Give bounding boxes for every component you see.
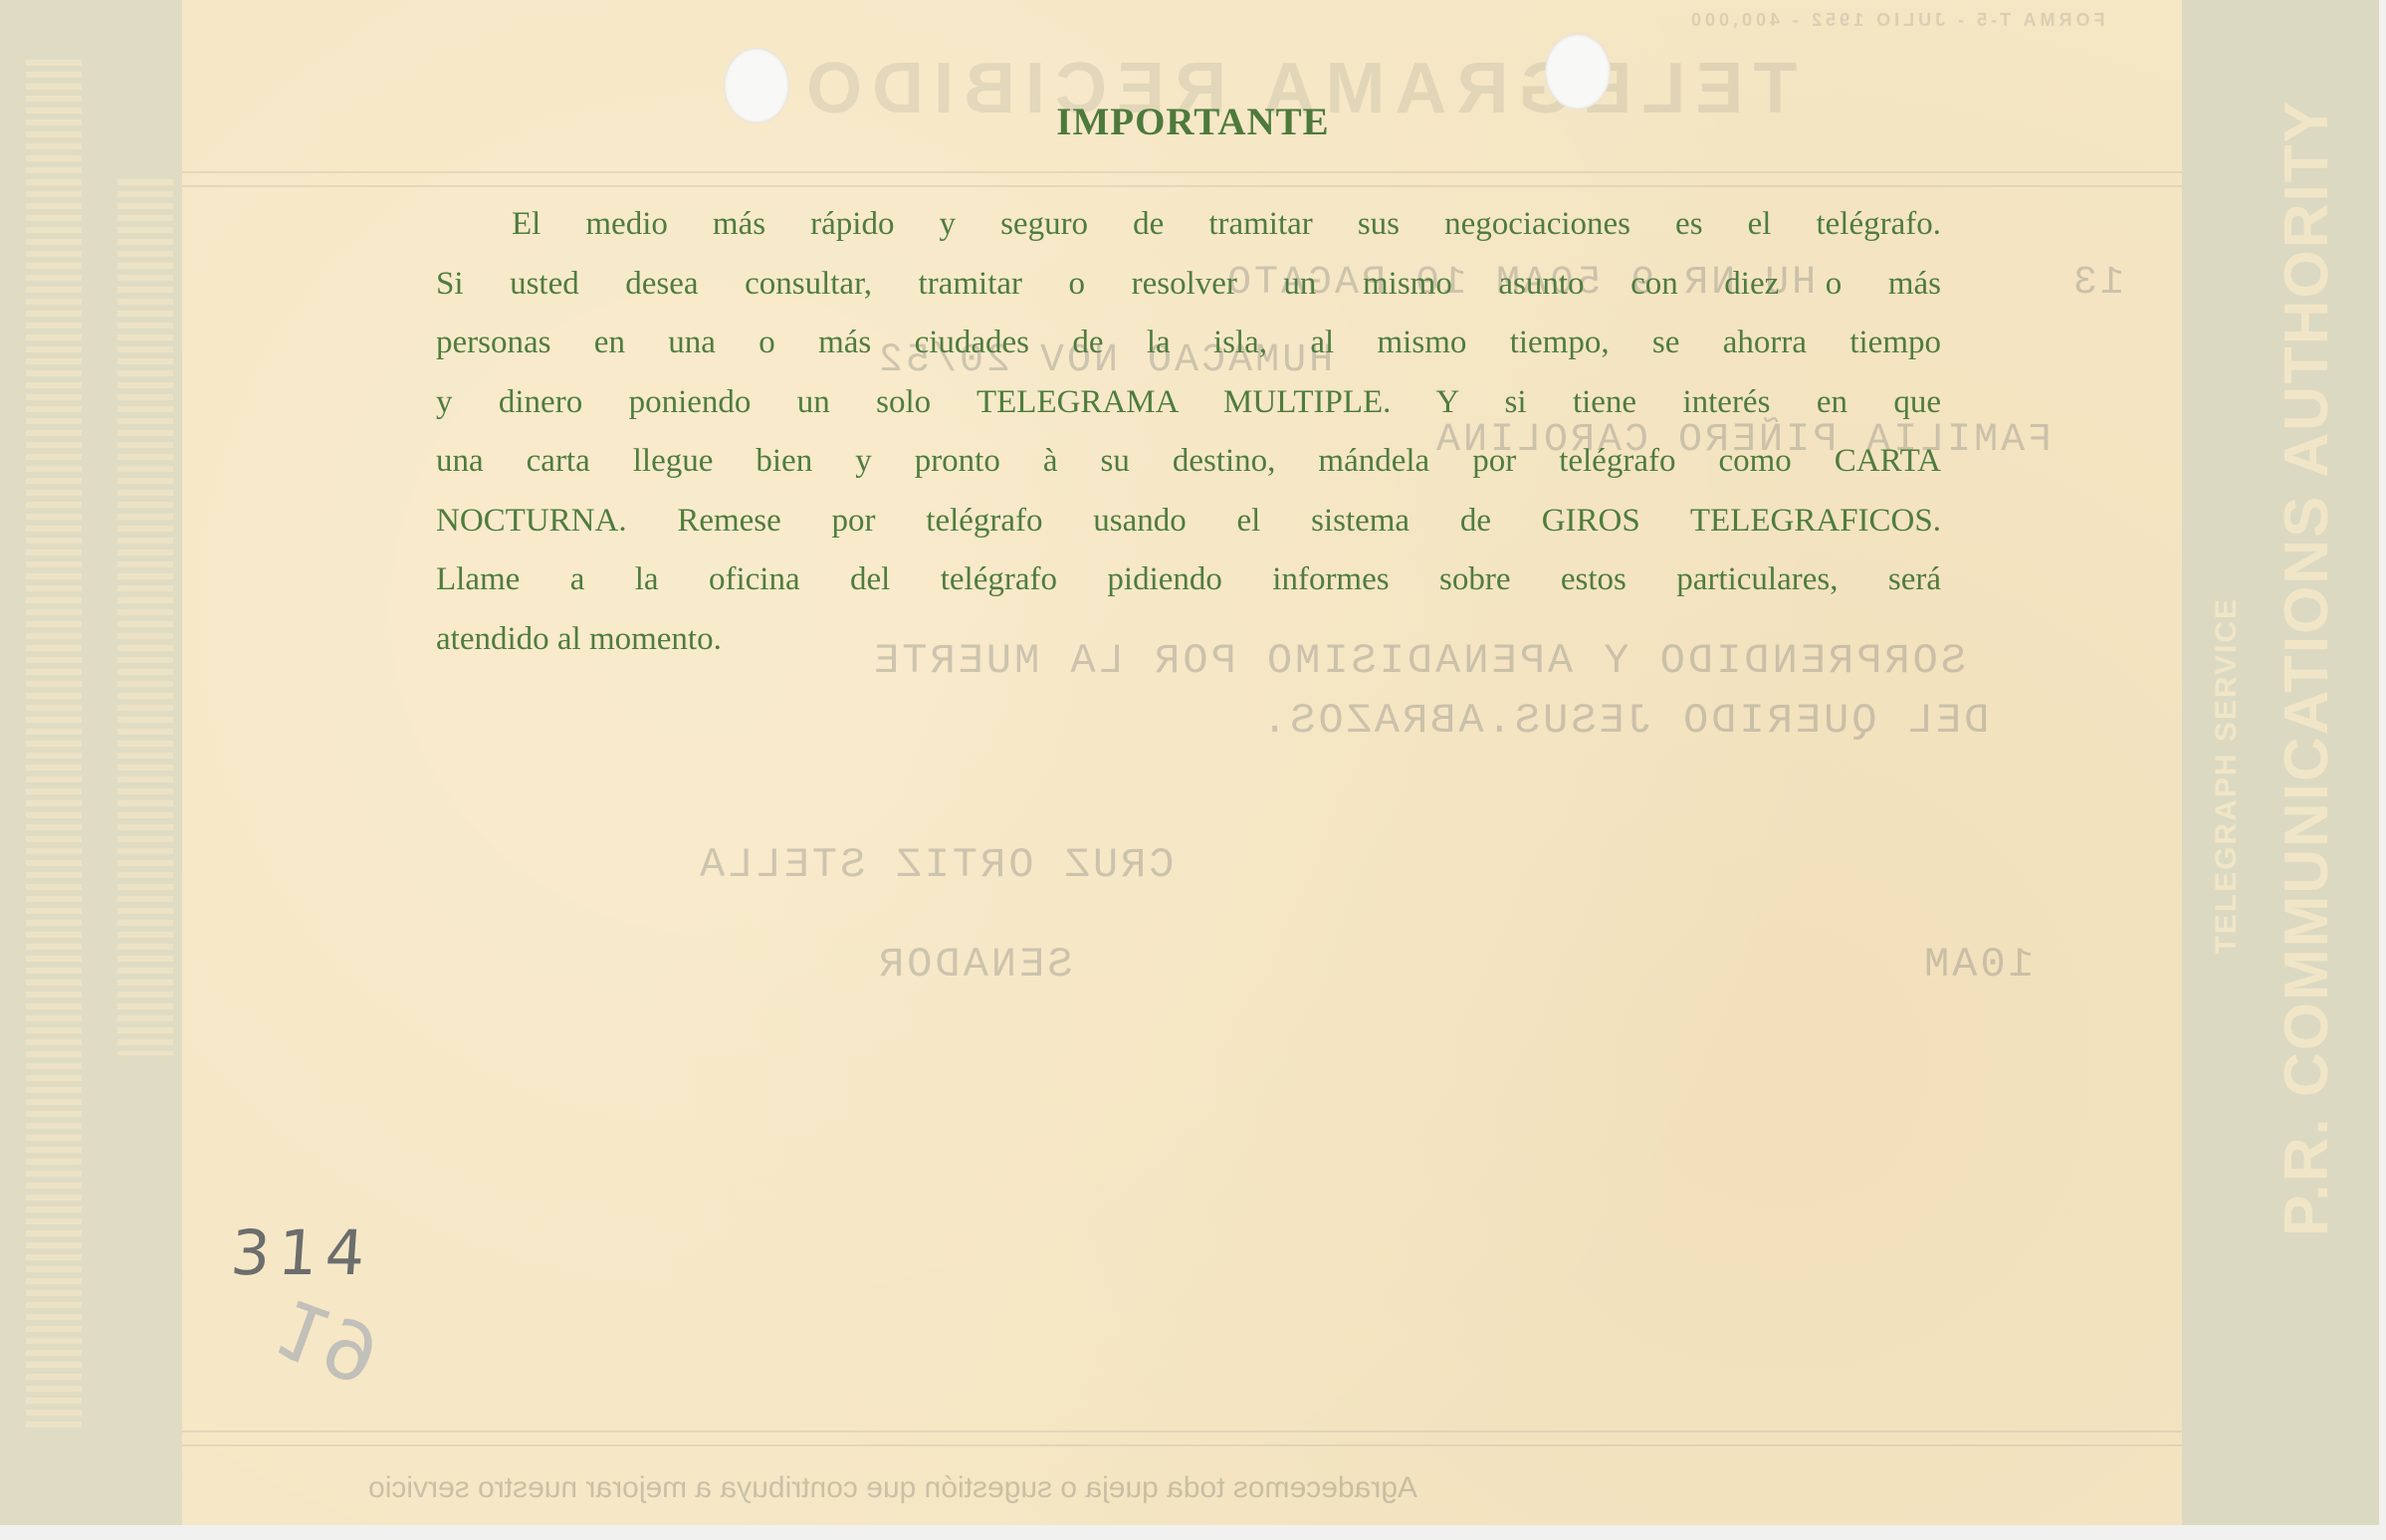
telegram-back-page: P.R. COMMUNICATIONS AUTHORITY TELEGRAPH … <box>0 0 2379 1525</box>
right-strip-title: P.R. COMMUNICATIONS AUTHORITY <box>2272 100 2342 1236</box>
guide-line-bottom-2 <box>182 1444 2182 1446</box>
notice-paragraph: El medio más rápido y seguro de tramitar… <box>436 195 1941 669</box>
handwritten-number: 314 <box>228 1216 374 1289</box>
paragraph-line: y dinero poniendo un solo TELEGRAMA MULT… <box>436 373 1941 433</box>
scan-edge-right <box>2379 0 2386 1540</box>
telegram-sender-bleedthrough: CRUZ ORTIZ STELLA <box>697 841 1174 889</box>
telegram-message-line2-bleedthrough: DEL QUERIDO JESUS.ABRAZOS. <box>1259 697 1989 745</box>
guide-line-top-2 <box>182 185 2182 187</box>
punch-hole-right <box>1545 34 1611 110</box>
scan-edge-bottom <box>0 1525 2386 1540</box>
footer-notice-bleedthrough: Agradecemos toda queja o sugestión que c… <box>368 1471 1417 1505</box>
telegram-sender-title-bleedthrough: SENADOR <box>876 941 1072 989</box>
telegram-time-bleedthrough: 10AM <box>1921 941 2034 989</box>
paragraph-line: una carta llegue bien y pronto à su dest… <box>436 432 1941 492</box>
paragraph-line: El medio más rápido y seguro de tramitar… <box>436 195 1941 255</box>
right-strip-subtitle: TELEGRAPH SERVICE <box>2210 597 2244 955</box>
form-number-bleedthrough: FORMA T-5 - JULIO 1952 - 400,000 <box>1687 10 2104 31</box>
paragraph-line: Si usted desea consultar, tramitar o res… <box>436 255 1941 315</box>
left-strip-ghost-lettering <box>26 60 82 1433</box>
left-margin-strip <box>0 0 182 1525</box>
left-strip-ghost-sublettering <box>117 179 173 1055</box>
paragraph-line: Llame a la oficina del telégrafo pidiend… <box>436 550 1941 610</box>
paragraph-line: NOCTURNA. Remese por telégrafo usando el… <box>436 492 1941 551</box>
telegram-number-bleedthrough: 13 <box>2070 261 2124 306</box>
guide-line-bottom-1 <box>182 1430 2182 1432</box>
paragraph-line: atendido al momento. <box>436 610 1941 670</box>
guide-line-top-1 <box>182 171 2182 173</box>
page-title: IMPORTANTE <box>0 100 2386 144</box>
right-margin-strip: P.R. COMMUNICATIONS AUTHORITY TELEGRAPH … <box>2182 0 2379 1525</box>
paragraph-line: personas en una o más ciudades de la isl… <box>436 314 1941 373</box>
handwritten-mark: 19 <box>264 1279 390 1401</box>
